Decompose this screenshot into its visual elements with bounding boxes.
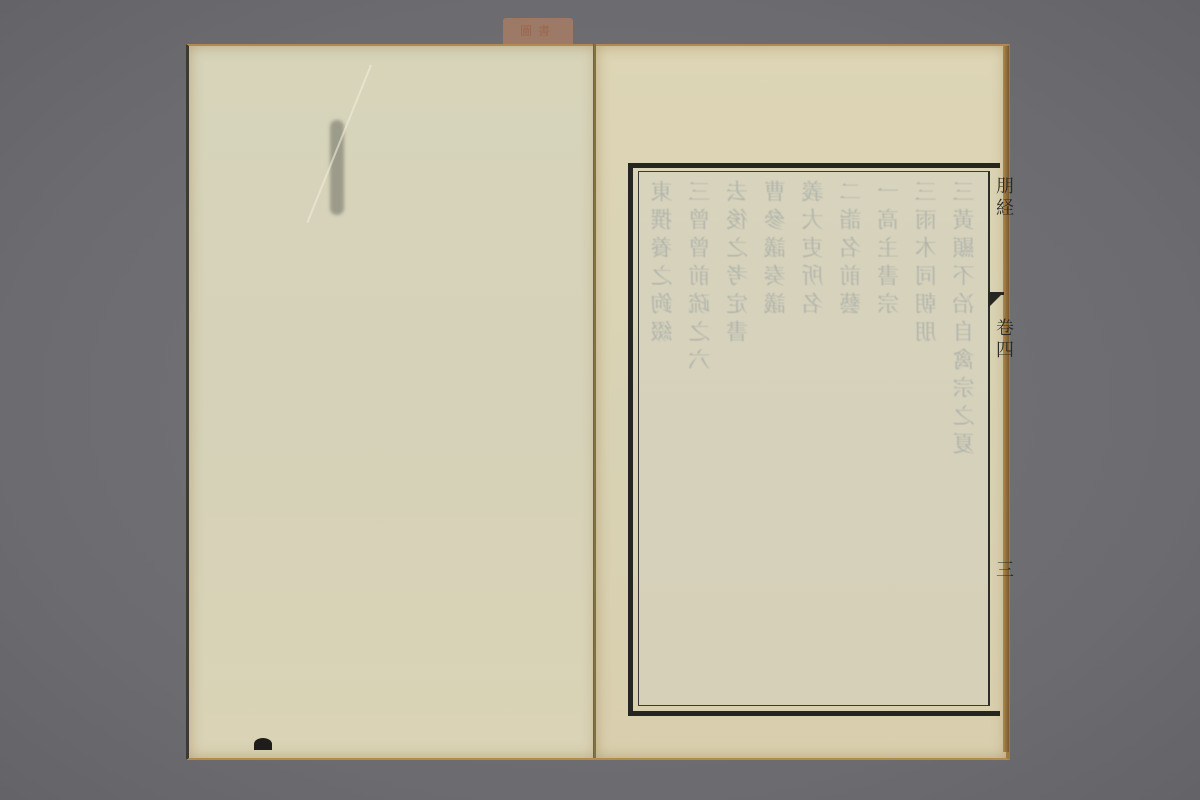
fishtail-mark-icon: [988, 294, 1002, 308]
show-through-text: 東撰養之鉤綴 三曾曾前疏之六 去後之考定書 曹參議奏議 義大吏所名 二詣名前藝 …: [650, 180, 980, 700]
text-column: 東撰養之鉤綴: [650, 180, 678, 700]
text-column: 曹參議奏議: [763, 180, 791, 700]
text-column: 義大吏所名: [801, 180, 829, 700]
fold-column: [988, 171, 1004, 706]
text-column: 二詣名前藝: [839, 180, 867, 700]
banxin-volume: 卷四: [990, 318, 1016, 362]
text-column: 三黃顯不冶自禽宗之夏: [952, 180, 980, 700]
tear-mark: [254, 738, 272, 750]
seal-text: 圖書: [503, 22, 573, 39]
text-column: 三雨木同朝朋: [914, 180, 942, 700]
text-column: 三曾曾前疏之六: [688, 180, 716, 700]
banxin-page-number: 三: [990, 560, 1016, 578]
left-page: [186, 44, 597, 760]
open-book: 圖書 東撰養之鉤綴 三曾曾前疏之六 去後之考定書 曹參議奏議 義大吏所名 二詣名…: [0, 0, 1200, 800]
banxin-title: 朋経: [990, 176, 1016, 220]
text-column: 一高主書宗: [877, 180, 905, 700]
text-column: 去後之考定書: [726, 180, 754, 700]
